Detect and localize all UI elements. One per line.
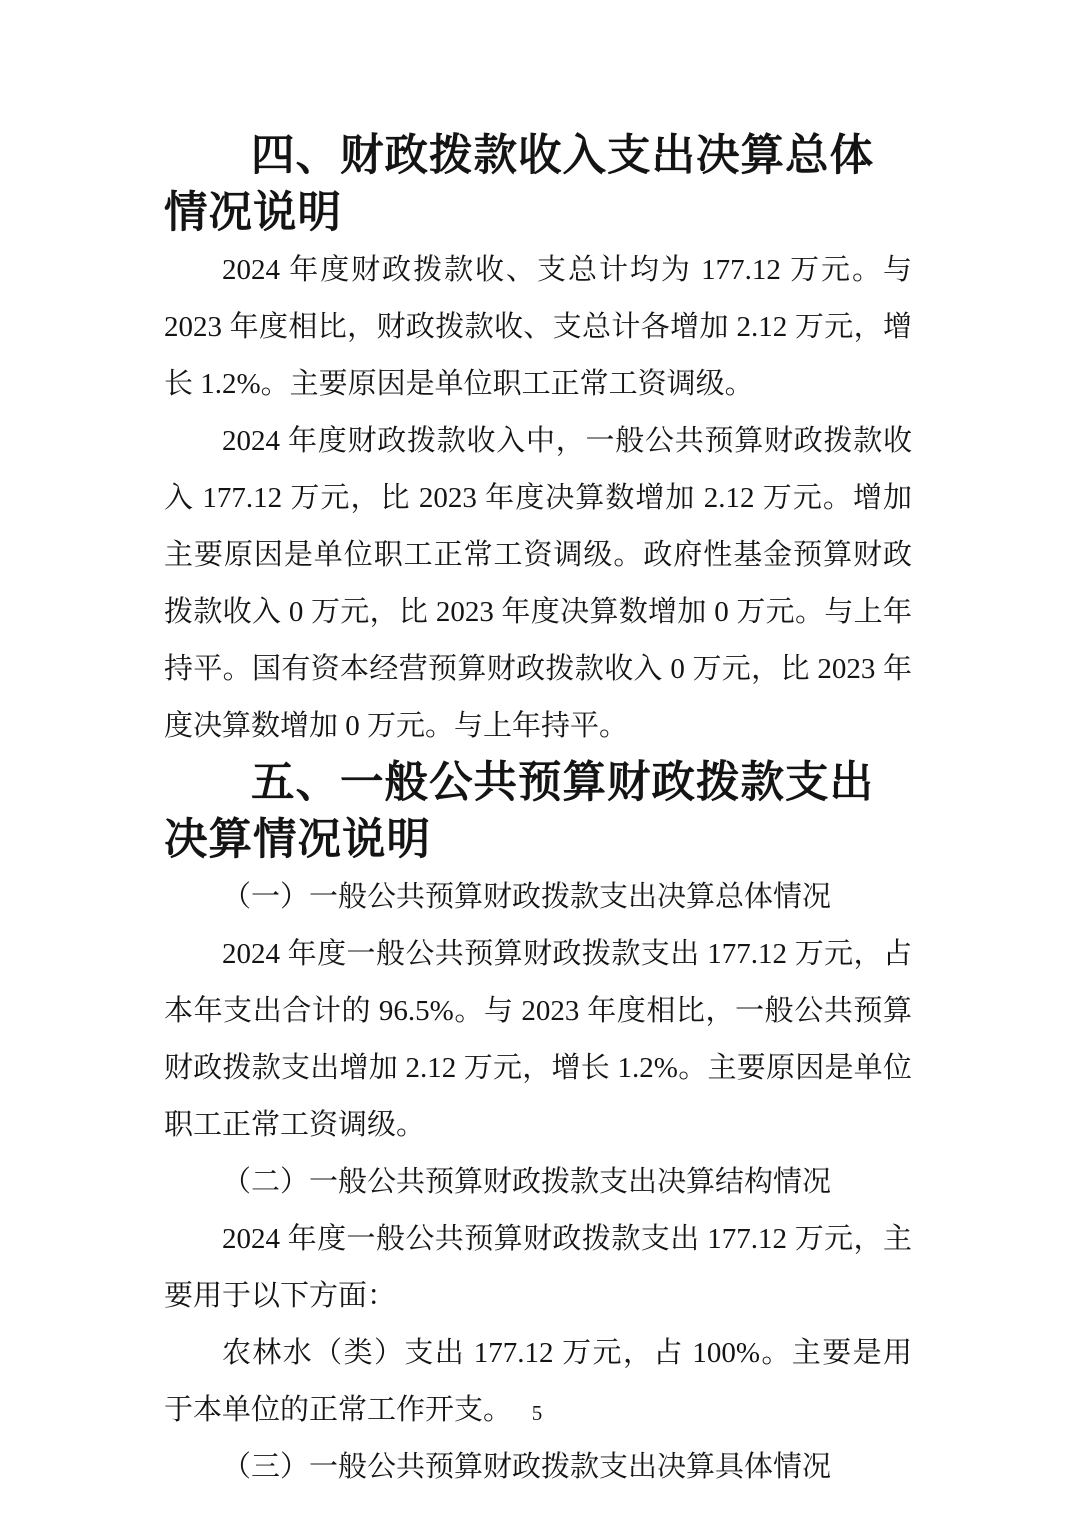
- paragraph-expenditure-structure-intro: 2024 年度一般公共预算财政拨款支出 177.12 万元，主要用于以下方面：: [164, 1211, 912, 1325]
- paragraph-expenditure-overview-detail: 2024 年度一般公共预算财政拨款支出 177.12 万元，占本年支出合计的 9…: [164, 926, 912, 1154]
- sub-heading-expenditure-specifics: （三）一般公共预算财政拨款支出决算具体情况: [164, 1439, 912, 1496]
- section-heading-fiscal-appropriation-overview: 四、财政拨款收入支出决算总体情况说明: [164, 128, 912, 242]
- paragraph-fiscal-income-detail: 2024 年度财政拨款收入中，一般公共预算财政拨款收入 177.12 万元，比 …: [164, 413, 912, 755]
- sub-heading-expenditure-structure: （二）一般公共预算财政拨款支出决算结构情况: [164, 1154, 912, 1211]
- document-content: 四、财政拨款收入支出决算总体情况说明 2024 年度财政拨款收、支总计均为 17…: [164, 128, 912, 1496]
- sub-heading-expenditure-overview: （一）一般公共预算财政拨款支出决算总体情况: [164, 869, 912, 926]
- section-heading-general-budget-expenditure: 五、一般公共预算财政拨款支出决算情况说明: [164, 755, 912, 869]
- page-number: 5: [532, 1401, 543, 1425]
- document-page: 四、财政拨款收入支出决算总体情况说明 2024 年度财政拨款收、支总计均为 17…: [0, 0, 1074, 1520]
- page-footer: 5: [0, 1398, 1074, 1428]
- paragraph-fiscal-total-2024: 2024 年度财政拨款收、支总计均为 177.12 万元。与 2023 年度相比…: [164, 242, 912, 413]
